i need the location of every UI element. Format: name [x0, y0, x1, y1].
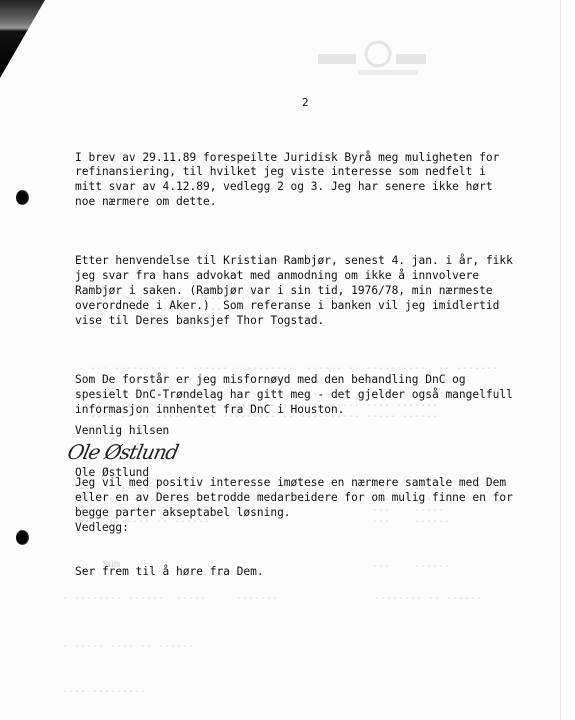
folded-corner-shadow	[0, 0, 45, 78]
paragraph-rambjor: Etter henvendelse til Kristian Rambjør, …	[75, 254, 565, 328]
page-number: 2	[302, 96, 309, 109]
bleed-through-text: .... .........	[62, 685, 146, 696]
letter-body: I brev av 29.11.89 forespeilte Juridisk …	[75, 121, 565, 624]
punch-hole	[16, 530, 29, 545]
closing-salutation: Vennlig hilsen	[75, 424, 169, 438]
bleed-through-text: . ..... .... .. ......	[62, 640, 194, 651]
paragraph-refinancing: I brev av 29.11.89 forespeilte Juridisk …	[75, 151, 565, 210]
attachments-label: Vedlegg:	[75, 521, 129, 534]
bleed-through-logo-icon	[318, 40, 438, 80]
paragraph-dissatisfaction: Som De forstår er jeg misfornøyd med den…	[75, 373, 565, 417]
paragraph-closing-remark: Ser frem til å høre fra Dem.	[75, 565, 565, 580]
punch-hole	[16, 190, 29, 205]
paragraph-meeting-request: Jeg vil med positiv interesse imøtese en…	[75, 476, 565, 520]
scanned-letter-page: .... ........... ........ .. ... .. ... …	[0, 0, 575, 720]
handwritten-signature: Ole Østlund	[65, 440, 180, 464]
signer-name: Ole Østlund	[75, 466, 149, 479]
